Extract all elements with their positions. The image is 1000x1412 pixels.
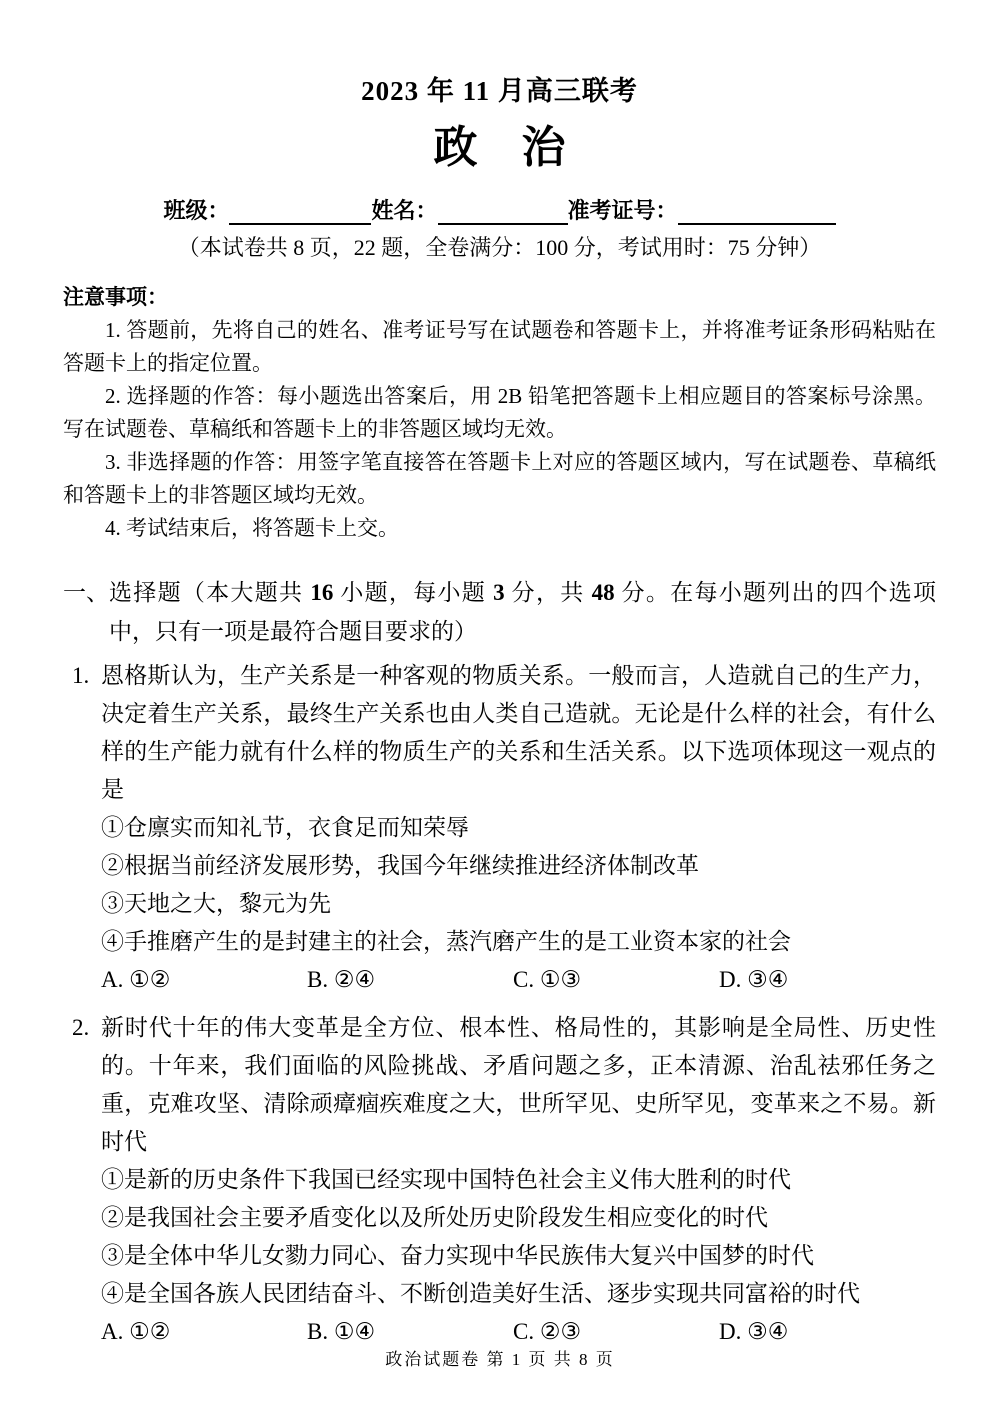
question-1-number: 1. bbox=[72, 657, 89, 695]
question-1-statement-2: ②根据当前经济发展形势，我国今年继续推进经济体制改革 bbox=[101, 847, 936, 885]
paper-meta-line: （本试卷共 8 页，22 题，全卷满分：100 分，考试用时：75 分钟） bbox=[63, 233, 936, 263]
class-blank-field bbox=[229, 199, 371, 225]
admission-number-label: 准考证号： bbox=[568, 198, 678, 223]
notice-section: 注意事项： 1. 答题前，先将自己的姓名、准考证号写在试题卷和答题卡上，并将准考… bbox=[63, 281, 936, 545]
question-1-choice-a: A. ①② bbox=[101, 961, 307, 999]
question-2-statement-3: ③是全体中华儿女勠力同心、奋力实现中华民族伟大复兴中国梦的时代 bbox=[101, 1237, 936, 1275]
question-2: 2. 新时代十年的伟大变革是全方位、根本性、格局性的，其影响是全局性、历史性的。… bbox=[63, 1009, 936, 1351]
page-footer: 政治试题卷 第 1 页 共 8 页 bbox=[0, 1345, 1000, 1370]
question-2-statement-2: ②是我国社会主要矛盾变化以及所处历史阶段发生相应变化的时代 bbox=[101, 1199, 936, 1237]
question-2-stem: 新时代十年的伟大变革是全方位、根本性、格局性的，其影响是全局性、历史性的。十年来… bbox=[101, 1009, 936, 1161]
question-1-statement-3: ③天地之大，黎元为先 bbox=[101, 885, 936, 923]
question-1-choice-b: B. ②④ bbox=[307, 961, 513, 999]
section-question-count: 16 bbox=[310, 580, 333, 605]
exam-title: 2023 年 11 月高三联考 bbox=[63, 74, 936, 108]
question-1-statement-1: ①仓廪实而知礼节，衣食足而知荣辱 bbox=[101, 809, 936, 847]
subject-title: 政 治 bbox=[63, 120, 936, 176]
question-1-stem: 恩格斯认为，生产关系是一种客观的物质关系。一般而言，人造就自己的生产力，决定着生… bbox=[101, 657, 936, 809]
student-info-row: 班级：姓名：准考证号： bbox=[63, 194, 936, 225]
question-1-choice-d: D. ③④ bbox=[719, 961, 788, 999]
admission-number-blank-field bbox=[678, 199, 836, 225]
exam-paper-page: 2023 年 11 月高三联考 政 治 班级：姓名：准考证号： （本试卷共 8 … bbox=[0, 0, 1000, 1412]
section-text-3: 分，共 bbox=[505, 580, 592, 605]
question-2-statement-1: ①是新的历史条件下我国已经实现中国特色社会主义伟大胜利的时代 bbox=[101, 1161, 936, 1199]
section-text-1: 选择题（本大题共 bbox=[109, 580, 310, 605]
notice-item-1: 1. 答题前，先将自己的姓名、准考证号写在试题卷和答题卡上，并将准考证条形码粘贴… bbox=[63, 314, 936, 380]
notice-heading: 注意事项： bbox=[63, 281, 936, 314]
question-1-choice-c: C. ①③ bbox=[513, 961, 719, 999]
name-blank-field bbox=[438, 199, 568, 225]
section-points-per-question: 3 bbox=[493, 580, 505, 605]
notice-item-3: 3. 非选择题的作答：用签字笔直接答在答题卡上对应的答题区域内，写在试题卷、草稿… bbox=[63, 446, 936, 512]
name-label: 姓名： bbox=[371, 198, 437, 223]
class-label: 班级： bbox=[163, 198, 229, 223]
question-1-choices-row: A. ①② B. ②④ C. ①③ D. ③④ bbox=[101, 961, 936, 999]
section-text-2: 小题，每小题 bbox=[333, 580, 493, 605]
section-total-points: 48 bbox=[592, 580, 615, 605]
question-2-number: 2. bbox=[72, 1009, 89, 1047]
question-1: 1. 恩格斯认为，生产关系是一种客观的物质关系。一般而言，人造就自己的生产力，决… bbox=[63, 657, 936, 999]
question-2-statement-4: ④是全国各族人民团结奋斗、不断创造美好生活、逐步实现共同富裕的时代 bbox=[101, 1275, 936, 1313]
notice-item-2: 2. 选择题的作答：每小题选出答案后，用 2B 铅笔把答题卡上相应题目的答案标号… bbox=[63, 380, 936, 446]
question-1-statement-4: ④手推磨产生的是封建主的社会，蒸汽磨产生的是工业资本家的社会 bbox=[101, 923, 936, 961]
notice-item-4: 4. 考试结束后，将答题卡上交。 bbox=[63, 512, 936, 545]
section-number: 一、 bbox=[63, 573, 109, 612]
section-heading: 一、选择题（本大题共 16 小题，每小题 3 分，共 48 分。在每小题列出的四… bbox=[63, 573, 936, 651]
